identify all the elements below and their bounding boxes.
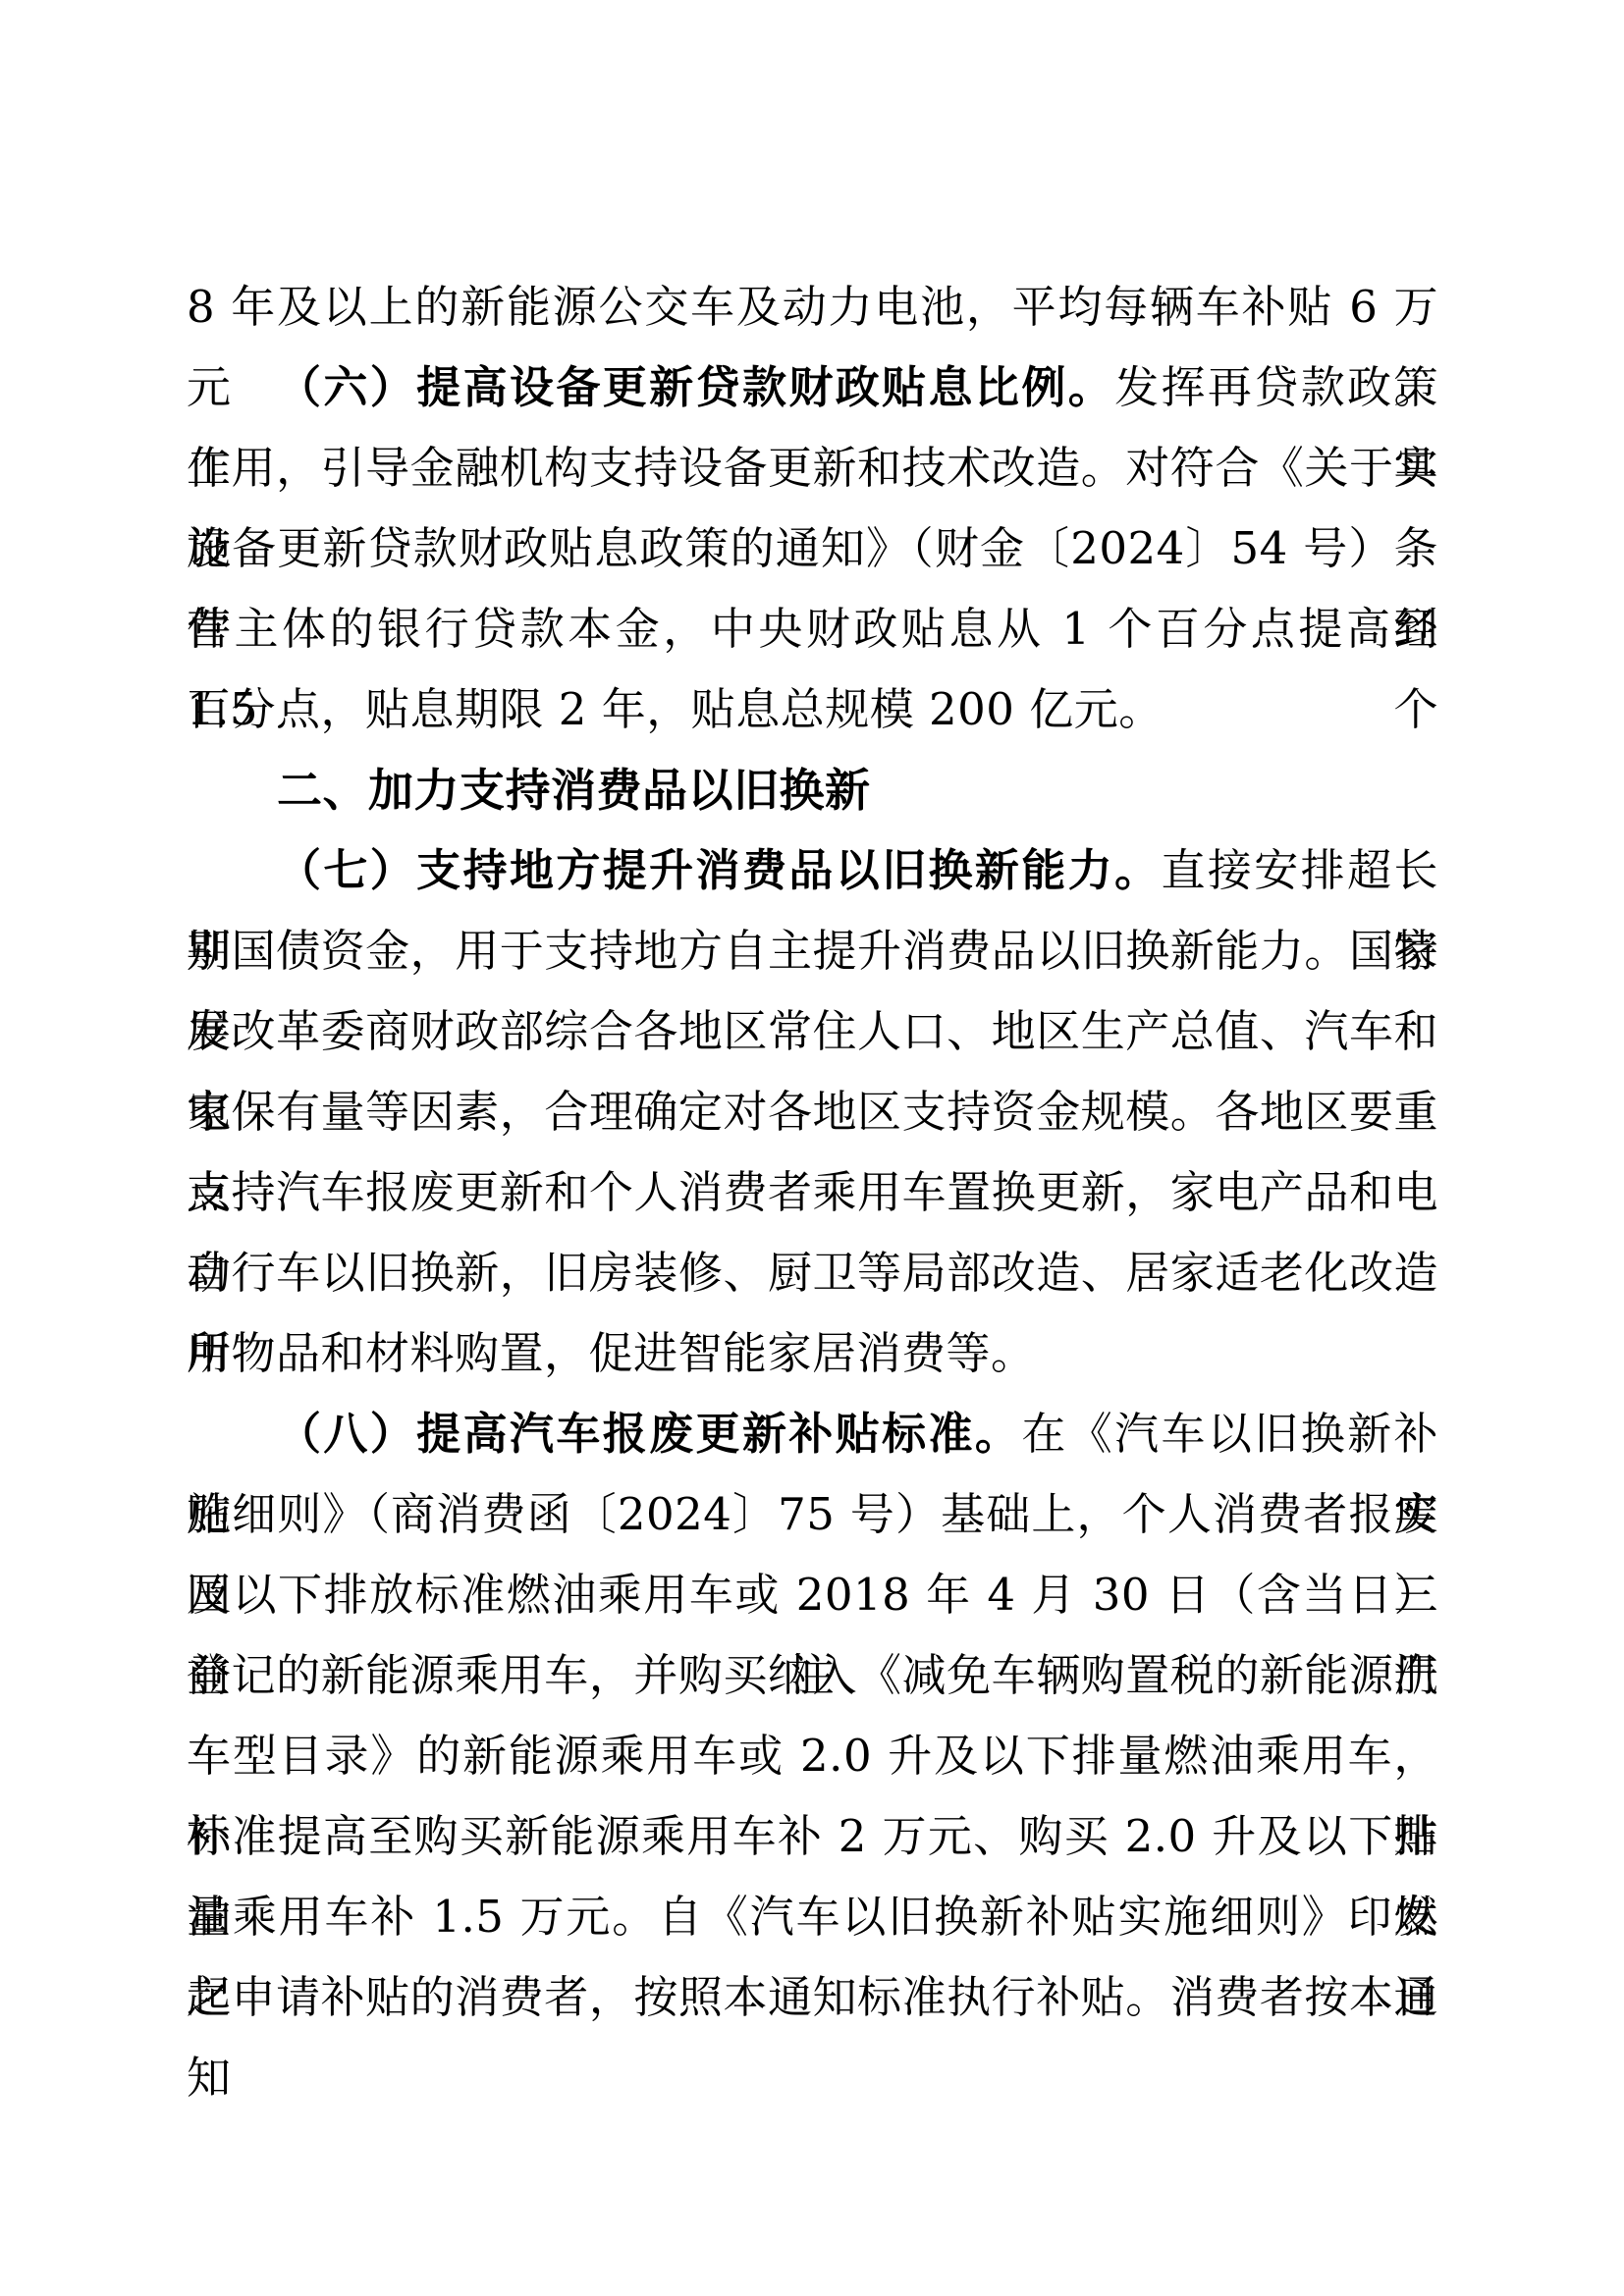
document-line: 设备更新贷款财政贴息政策的通知》（财金〔2024〕54 号）条件经 [187, 508, 1438, 589]
document-line: 自行车以旧换新，旧房装修、厨卫等局部改造、居家适老化改造所 [187, 1233, 1438, 1313]
document-page: 8 年及以上的新能源公交车及动力电池，平均每辆车补贴 6 万元。（六）提高设备更… [0, 0, 1624, 2296]
document-line: 支持汽车报废更新和个人消费者乘用车置换更新，家电产品和电动 [187, 1152, 1438, 1233]
document-line: 起申请补贴的消费者，按照本通知标准执行补贴。消费者按本通知 [187, 1957, 1438, 2038]
document-line: （八）提高汽车报废更新补贴标准。在《汽车以旧换新补贴实 [187, 1394, 1438, 1474]
document-line: 作用，引导金融机构支持设备更新和技术改造。对符合《关于实施 [187, 428, 1438, 508]
section-heading: 二、加力支持消费品以旧换新 [187, 750, 1438, 830]
line-text: 起申请补贴的消费者，按照本通知标准执行补贴。消费者按本通知 [187, 1971, 1438, 2104]
document-line: 施细则》（商消费函〔2024〕75 号）基础上，个人消费者报废国三 [187, 1474, 1438, 1555]
document-line: 登记的新能源乘用车，并购买纳入《减免车辆购置税的新能源汽车 [187, 1635, 1438, 1716]
line-lead-bold-text: （八）提高汽车报废更新补贴标准。 [277, 1408, 1021, 1460]
document-line: 用物品和材料购置，促进智能家居消费等。 [187, 1313, 1438, 1394]
document-line: 及以下排放标准燃油乘用车或 2018 年 4 月 30 日（含当日）前注册 [187, 1555, 1438, 1635]
line-lead-bold-text: （六）提高设备更新贷款财政贴息比例。 [277, 361, 1114, 413]
line-lead-bold-text: （七）支持地方提升消费品以旧换新能力。 [277, 844, 1162, 896]
document-line: （六）提高设备更新贷款财政贴息比例。发挥再贷款政策工具 [187, 347, 1438, 428]
document-line: 别国债资金，用于支持地方自主提升消费品以旧换新能力。国家发 [187, 911, 1438, 991]
line-lead-bold-text: 二、加力支持消费品以旧换新 [277, 764, 871, 817]
document-line: （七）支持地方提升消费品以旧换新能力。直接安排超长期特 [187, 830, 1438, 911]
document-body: 8 年及以上的新能源公交车及动力电池，平均每辆车补贴 6 万元。（六）提高设备更… [187, 267, 1438, 2038]
document-line: 8 年及以上的新能源公交车及动力电池，平均每辆车补贴 6 万元。 [187, 267, 1438, 347]
document-line: 油乘用车补 1.5 万元。自《汽车以旧换新补贴实施细则》印发之日 [187, 1877, 1438, 1957]
line-text: 用物品和材料购置，促进智能家居消费等。 [187, 1327, 1036, 1379]
document-line: 营主体的银行贷款本金，中央财政贴息从 1 个百分点提高到 1.5 个 [187, 589, 1438, 669]
document-line: 展改革委商财政部综合各地区常住人口、地区生产总值、汽车和家 [187, 991, 1438, 1072]
line-text: 百分点，贴息期限 2 年，贴息总规模 200 亿元。 [187, 683, 1164, 735]
document-line: 车型目录》的新能源乘用车或 2.0 升及以下排量燃油乘用车，补贴 [187, 1716, 1438, 1796]
document-line: 标准提高至购买新能源乘用车补 2 万元、购买 2.0 升及以下排量燃 [187, 1796, 1438, 1877]
document-line: 电保有量等因素，合理确定对各地区支持资金规模。各地区要重点 [187, 1072, 1438, 1152]
